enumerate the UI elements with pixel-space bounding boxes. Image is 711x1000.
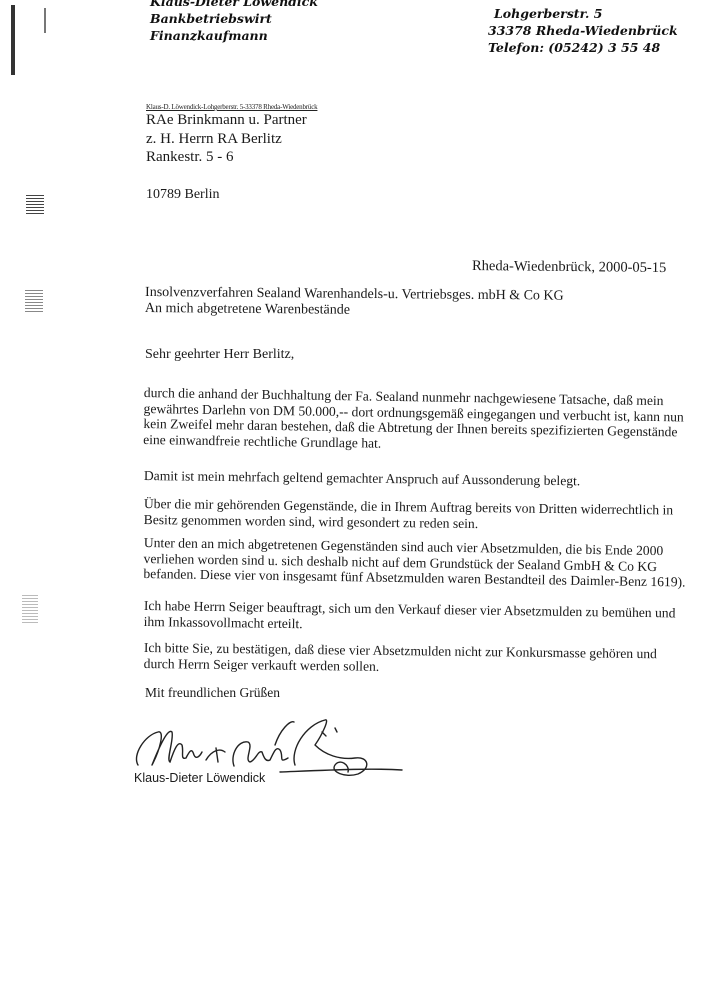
closing: Mit freundlichen Grüßen (145, 685, 280, 701)
letterhead-sender: Klaus-Dieter Löwendick Bankbetriebswirt … (150, 2, 318, 44)
body-paragraph: Ich bitte Sie, zu bestätigen, daß diese … (144, 640, 657, 677)
signed-name: Klaus-Dieter Löwendick (134, 771, 265, 785)
body-paragraph: Über die mir gehörenden Gegenstände, die… (144, 496, 674, 533)
salutation: Sehr geehrter Herr Berlitz, (145, 347, 294, 363)
scan-artifact-mark (44, 8, 46, 33)
sender-return-line: Klaus-D. Löwendick-Lohgerberstr. 5-33378… (146, 103, 317, 111)
body-paragraph: Damit ist mein mehrfach geltend gemachte… (144, 468, 581, 489)
place-date: Rheda-Wiedenbrück, 2000-05-15 (472, 258, 666, 277)
scan-artifact-mark (25, 290, 43, 312)
letterhead-title: Bankbetriebswirt (150, 10, 318, 27)
body-paragraph: Unter den an mich abgetretenen Gegenstän… (143, 535, 686, 590)
recipient-line: RAe Brinkmann u. Partner (146, 111, 307, 130)
recipient-address: RAe Brinkmann u. Partner z. H. Herrn RA … (146, 111, 307, 167)
paragraph-line: Damit ist mein mehrfach geltend gemachte… (144, 468, 581, 489)
recipient-line: Rankestr. 5 - 6 (146, 148, 307, 167)
body-paragraph: durch die anhand der Buchhaltung der Fa.… (143, 385, 684, 455)
letterhead-title: Finanzkaufmann (150, 27, 318, 44)
scan-artifact-mark (26, 195, 44, 215)
letterhead-street: Lohgerberstr. 5 (488, 5, 678, 22)
letterhead-address: Lohgerberstr. 5 33378 Rheda-Wiedenbrück … (488, 5, 678, 56)
body-paragraph: Ich habe Herrn Seiger beauftragt, sich u… (144, 598, 676, 636)
letterhead-phone: Telefon: (05242) 3 55 48 (488, 39, 678, 56)
scan-artifact-mark (11, 5, 15, 75)
recipient-line: z. H. Herrn RA Berlitz (146, 130, 307, 149)
recipient-city: 10789 Berlin (146, 187, 220, 203)
letterhead-city: 33378 Rheda-Wiedenbrück (488, 22, 678, 39)
subject: Insolvenzverfahren Sealand Warenhandels-… (145, 285, 564, 321)
letterhead-name: Klaus-Dieter Löwendick (150, 0, 318, 10)
scan-artifact-mark (22, 595, 38, 625)
